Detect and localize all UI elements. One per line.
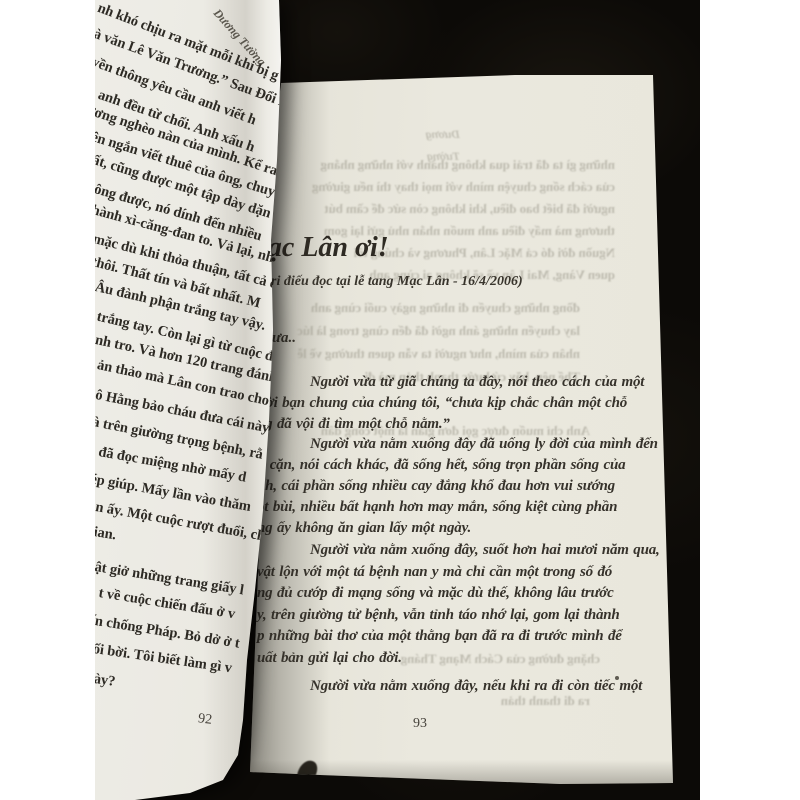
left-page-line: ày? xyxy=(95,671,116,691)
left-page-line: ian. xyxy=(95,524,117,544)
page-number-92: 92 xyxy=(197,711,213,729)
photo-of-open-book: Dương Tường những gì ta đã trải qua khôn… xyxy=(95,0,700,800)
book-page-left-wrap: Dương Tường nh khó chịu ra mặt mỗi khi b… xyxy=(95,0,700,800)
book-photo-canvas: Dương Tường những gì ta đã trải qua khôn… xyxy=(0,0,800,800)
book-page-left-92: Dương Tường nh khó chịu ra mặt mỗi khi b… xyxy=(95,0,700,800)
